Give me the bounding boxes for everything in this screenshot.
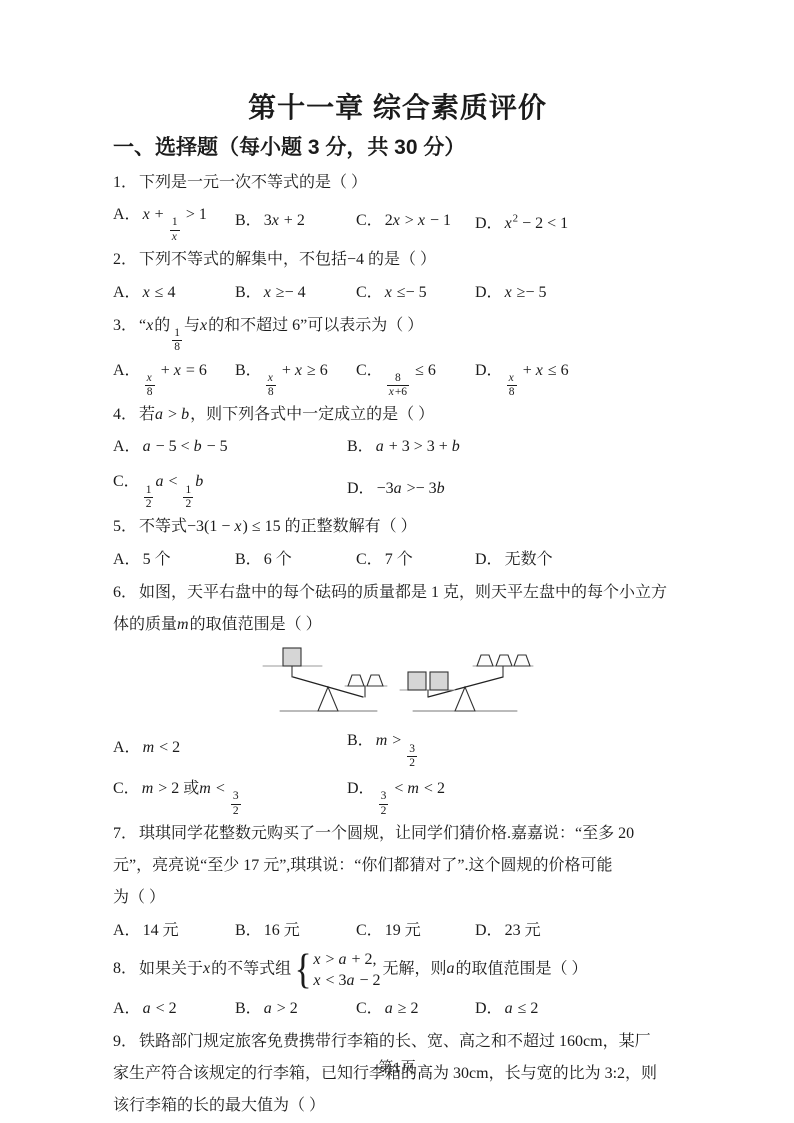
option-content: a < 2 xyxy=(143,1000,177,1017)
fraction: 32 xyxy=(231,790,241,817)
option-B: B．m > 32 xyxy=(347,725,682,770)
option-content: 无数个 xyxy=(505,551,553,568)
option-label: A． xyxy=(113,206,141,223)
option-content: a − 5 < b − 5 xyxy=(143,438,228,455)
option-label: C． xyxy=(356,922,383,939)
option-label: A． xyxy=(113,284,141,301)
option-D: D．32 < m < 2 xyxy=(347,773,682,818)
option-D: D．无数个 xyxy=(475,544,682,576)
option-D: D．a ≤ 2 xyxy=(475,993,682,1025)
trapezoid-weight xyxy=(348,675,364,686)
option-content: 16 元 xyxy=(264,922,300,939)
fraction: x8 xyxy=(266,372,276,399)
question-number: 7． xyxy=(113,825,137,842)
fraction: 32 xyxy=(379,790,389,817)
option-B: B．a + 3 > 3 + b xyxy=(347,431,682,463)
option-label: B． xyxy=(235,362,262,379)
option-label: C． xyxy=(113,780,140,797)
option-B: B．16 元 xyxy=(235,915,356,947)
option-C: C．x ≤− 5 xyxy=(356,277,475,309)
option-A: A．a < 2 xyxy=(113,993,235,1025)
option-label: A． xyxy=(113,551,141,568)
option-label: B． xyxy=(235,1000,262,1017)
question-list: 1．下列是一元一次不等式的是（ ） A．x + 1x > 1B．3x + 2C．… xyxy=(113,167,682,1122)
document-page: 第十一章 综合素质评价 一、选择题（每小题 3 分，共 30 分） 1．下列是一… xyxy=(0,0,794,1123)
option-label: D． xyxy=(475,215,503,232)
page-title: 第十一章 综合素质评价 xyxy=(113,90,682,126)
option-label: D． xyxy=(475,1000,503,1017)
option-C: C．2x > x − 1 xyxy=(356,205,475,237)
option-C: C．a ≥ 2 xyxy=(356,993,475,1025)
option-label: B． xyxy=(347,732,374,749)
cube-weight xyxy=(283,648,301,666)
option-content: a + 3 > 3 + b xyxy=(376,438,461,455)
question-text: 8．如果关于x的不等式组{x > a + 2,x < 3a − 2无解，则a的取… xyxy=(113,948,682,992)
option-A: A．14 元 xyxy=(113,915,235,947)
option-D: D．x8 + x ≤ 6 xyxy=(475,355,682,400)
question-text-line: 体的质量m的取值范围是（ ） xyxy=(113,609,682,641)
option-label: C． xyxy=(113,473,140,490)
question-1: 1．下列是一元一次不等式的是（ ） A．x + 1x > 1B．3x + 2C．… xyxy=(113,167,682,244)
question-number: 1． xyxy=(113,174,137,191)
question-options: A．a − 5 < b − 5B．a + 3 > 3 + bC．12a < 12… xyxy=(113,431,682,511)
option-content: x ≥− 5 xyxy=(505,284,547,301)
option-label: D． xyxy=(475,284,503,301)
option-label: A． xyxy=(113,362,141,379)
option-A: A．a − 5 < b − 5 xyxy=(113,431,347,463)
option-A: A．x + 1x > 1 xyxy=(113,199,235,244)
option-label: B． xyxy=(235,922,262,939)
option-content: x ≤ 4 xyxy=(143,284,176,301)
option-content: 19 元 xyxy=(385,922,421,939)
option-content: 2x > x − 1 xyxy=(385,212,451,229)
question-7: 7．琪琪同学花整数元购买了一个圆规，让同学们猜价格.嘉嘉说：“至多 20元”，亮… xyxy=(113,818,682,948)
option-D: D．x ≥− 5 xyxy=(475,277,682,309)
question-options: A．x + 1x > 1B．3x + 2C．2x > x − 1D．x2 − 2… xyxy=(113,199,682,244)
option-label: D． xyxy=(475,551,503,568)
question-options: A．x8 + x = 6B．x8 + x ≥ 6C．8x+6 ≤ 6D．x8 +… xyxy=(113,355,682,400)
option-B: B．x ≥− 4 xyxy=(235,277,356,309)
question-text-line: 该行李箱的长的最大值为（ ） xyxy=(113,1090,682,1122)
option-A: A．x ≤ 4 xyxy=(113,277,235,309)
question-text-line: 7．琪琪同学花整数元购买了一个圆规，让同学们猜价格.嘉嘉说：“至多 20 xyxy=(113,818,682,850)
option-D: D．x2 − 2 < 1 xyxy=(475,203,682,240)
option-label: D． xyxy=(347,780,375,797)
question-text: 1．下列是一元一次不等式的是（ ） xyxy=(113,167,682,199)
question-2: 2．下列不等式的解集中，不包括−4 的是（ ） A．x ≤ 4B．x ≥− 4C… xyxy=(113,244,682,310)
option-content: x2 − 2 < 1 xyxy=(505,215,569,232)
option-label: A． xyxy=(113,739,141,756)
option-label: C． xyxy=(356,362,383,379)
question-options: A．m < 2B．m > 32C．m > 2 或m < 32D．32 < m <… xyxy=(113,725,682,818)
fraction: 32 xyxy=(407,743,417,770)
fraction: 12 xyxy=(183,484,193,511)
cube-weight xyxy=(430,672,448,690)
fulcrum xyxy=(455,687,475,711)
option-label: D． xyxy=(475,922,503,939)
option-label: C． xyxy=(356,551,383,568)
question-text-line: 4．若a > b，则下列各式中一定成立的是（ ） xyxy=(113,399,682,431)
trapezoid-weight xyxy=(477,655,493,666)
option-label: B． xyxy=(347,438,374,455)
question-options: A．a < 2B．a > 2C．a ≥ 2D．a ≤ 2 xyxy=(113,992,682,1026)
question-text: 3．“x的18与x的和不超过 6”可以表示为（ ） xyxy=(113,310,682,355)
fulcrum xyxy=(318,687,338,711)
option-content: x ≤− 5 xyxy=(385,284,427,301)
inequality-system: {x > a + 2,x < 3a − 2 xyxy=(293,948,380,992)
option-content: m < 2 xyxy=(143,739,181,756)
fraction: 12 xyxy=(144,484,154,511)
option-C: C．12a < 12b xyxy=(113,466,347,511)
question-text: 7．琪琪同学花整数元购买了一个圆规，让同学们猜价格.嘉嘉说：“至多 20元”，亮… xyxy=(113,818,682,914)
question-text: 6．如图，天平右盘中的每个砝码的质量都是 1 克，则天平左盘中的每个小立方体的质… xyxy=(113,577,682,641)
option-content: a ≥ 2 xyxy=(385,1000,419,1017)
option-label: C． xyxy=(356,284,383,301)
section-heading: 一、选择题（每小题 3 分，共 30 分） xyxy=(113,133,682,163)
option-C: C．m > 2 或m < 32 xyxy=(113,773,347,818)
option-A: A．m < 2 xyxy=(113,732,347,764)
option-A: A．5 个 xyxy=(113,544,235,576)
option-content: x ≥− 4 xyxy=(264,284,306,301)
fraction: 18 xyxy=(172,327,182,354)
question-text-line: 8．如果关于x的不等式组{x > a + 2,x < 3a − 2无解，则a的取… xyxy=(113,948,682,992)
option-content: a > 2 xyxy=(264,1000,298,1017)
trapezoid-weight xyxy=(514,655,530,666)
question-text-line: 5．不等式−3(1 − x) ≤ 15 的正整数解有（ ） xyxy=(113,511,682,543)
question-options: A．x ≤ 4B．x ≥− 4C．x ≤− 5D．x ≥− 5 xyxy=(113,276,682,310)
option-content: m > 2 或m < 32 xyxy=(142,780,243,797)
option-content: −3a >− 3b xyxy=(377,480,446,497)
option-label: C． xyxy=(356,1000,383,1017)
option-C: C．7 个 xyxy=(356,544,475,576)
option-content: 12a < 12b xyxy=(142,473,205,490)
question-text-line: 为（ ） xyxy=(113,882,682,914)
option-content: 6 个 xyxy=(264,551,292,568)
question-text-line: 2．下列不等式的解集中，不包括−4 的是（ ） xyxy=(113,244,682,276)
trapezoid-weight xyxy=(496,655,512,666)
option-D: D．−3a >− 3b xyxy=(347,473,682,505)
option-content: 23 元 xyxy=(505,922,541,939)
option-label: A． xyxy=(113,922,141,939)
option-label: A． xyxy=(113,438,141,455)
question-text: 5．不等式−3(1 − x) ≤ 15 的正整数解有（ ） xyxy=(113,511,682,543)
cube-weight xyxy=(408,672,426,690)
question-number: 9． xyxy=(113,1033,137,1050)
option-content: 5 个 xyxy=(143,551,171,568)
option-label: C． xyxy=(356,212,383,229)
question-number: 8． xyxy=(113,960,137,977)
page-footer: 第1页 xyxy=(0,1056,794,1077)
option-content: 14 元 xyxy=(143,922,179,939)
option-content: m > 32 xyxy=(376,732,419,749)
trapezoid-weight xyxy=(367,675,383,686)
question-3: 3．“x的18与x的和不超过 6”可以表示为（ ） A．x8 + x = 6B．… xyxy=(113,310,682,400)
option-content: 3x + 2 xyxy=(264,212,305,229)
option-content: 32 < m < 2 xyxy=(377,780,445,797)
question-5: 5．不等式−3(1 − x) ≤ 15 的正整数解有（ ） A．5 个B．6 个… xyxy=(113,511,682,577)
question-number: 6． xyxy=(113,584,137,601)
question-number: 2． xyxy=(113,251,137,268)
option-content: x + 1x > 1 xyxy=(143,206,207,223)
question-text-line: 3．“x的18与x的和不超过 6”可以表示为（ ） xyxy=(113,310,682,355)
option-content: x8 + x ≥ 6 xyxy=(264,362,328,379)
option-A: A．x8 + x = 6 xyxy=(113,355,235,400)
option-content: a ≤ 2 xyxy=(505,1000,539,1017)
option-content: 7 个 xyxy=(385,551,413,568)
fraction: x8 xyxy=(145,372,155,399)
question-text-line: 6．如图，天平右盘中的每个砝码的质量都是 1 克，则天平左盘中的每个小立方 xyxy=(113,577,682,609)
option-label: D． xyxy=(475,362,503,379)
option-B: B．3x + 2 xyxy=(235,205,356,237)
balance-scales-figure xyxy=(250,643,560,723)
option-label: B． xyxy=(235,551,262,568)
option-label: D． xyxy=(347,480,375,497)
brace: { xyxy=(295,948,312,992)
question-text-line: 9．铁路部门规定旅客免费携带行李箱的长、宽、高之和不超过 160cm，某厂 xyxy=(113,1026,682,1058)
question-6: 6．如图，天平右盘中的每个砝码的质量都是 1 克，则天平左盘中的每个小立方体的质… xyxy=(113,577,682,818)
question-text: 2．下列不等式的解集中，不包括−4 的是（ ） xyxy=(113,244,682,276)
option-B: B．a > 2 xyxy=(235,993,356,1025)
question-text-line: 1．下列是一元一次不等式的是（ ） xyxy=(113,167,682,199)
question-8: 8．如果关于x的不等式组{x > a + 2,x < 3a − 2无解，则a的取… xyxy=(113,948,682,1026)
question-text-line: 元”，亮亮说“至少 17 元”,琪琪说：“你们都猜对了”.这个圆规的价格可能 xyxy=(113,850,682,882)
fraction: x8 xyxy=(507,372,517,399)
left-scale xyxy=(263,648,387,711)
question-number: 4． xyxy=(113,406,137,423)
right-scale xyxy=(400,655,533,711)
option-B: B．x8 + x ≥ 6 xyxy=(235,355,356,400)
option-content: x8 + x = 6 xyxy=(143,362,207,379)
fraction: 1x xyxy=(170,216,180,243)
fraction: 8x+6 xyxy=(387,372,409,399)
question-text: 4．若a > b，则下列各式中一定成立的是（ ） xyxy=(113,399,682,431)
question-number: 5． xyxy=(113,518,137,535)
option-content: x8 + x ≤ 6 xyxy=(505,362,569,379)
question-number: 3． xyxy=(113,317,137,334)
option-D: D．23 元 xyxy=(475,915,682,947)
question-options: A．14 元B．16 元C．19 元D．23 元 xyxy=(113,914,682,948)
option-label: A． xyxy=(113,1000,141,1017)
question-figure-slot xyxy=(250,643,682,723)
option-C: C．19 元 xyxy=(356,915,475,947)
question-4: 4．若a > b，则下列各式中一定成立的是（ ） A．a − 5 < b − 5… xyxy=(113,399,682,511)
option-C: C．8x+6 ≤ 6 xyxy=(356,355,475,400)
option-B: B．6 个 xyxy=(235,544,356,576)
option-label: B． xyxy=(235,284,262,301)
option-label: B． xyxy=(235,212,262,229)
question-options: A．5 个B．6 个C．7 个D．无数个 xyxy=(113,543,682,577)
option-content: 8x+6 ≤ 6 xyxy=(385,362,436,379)
